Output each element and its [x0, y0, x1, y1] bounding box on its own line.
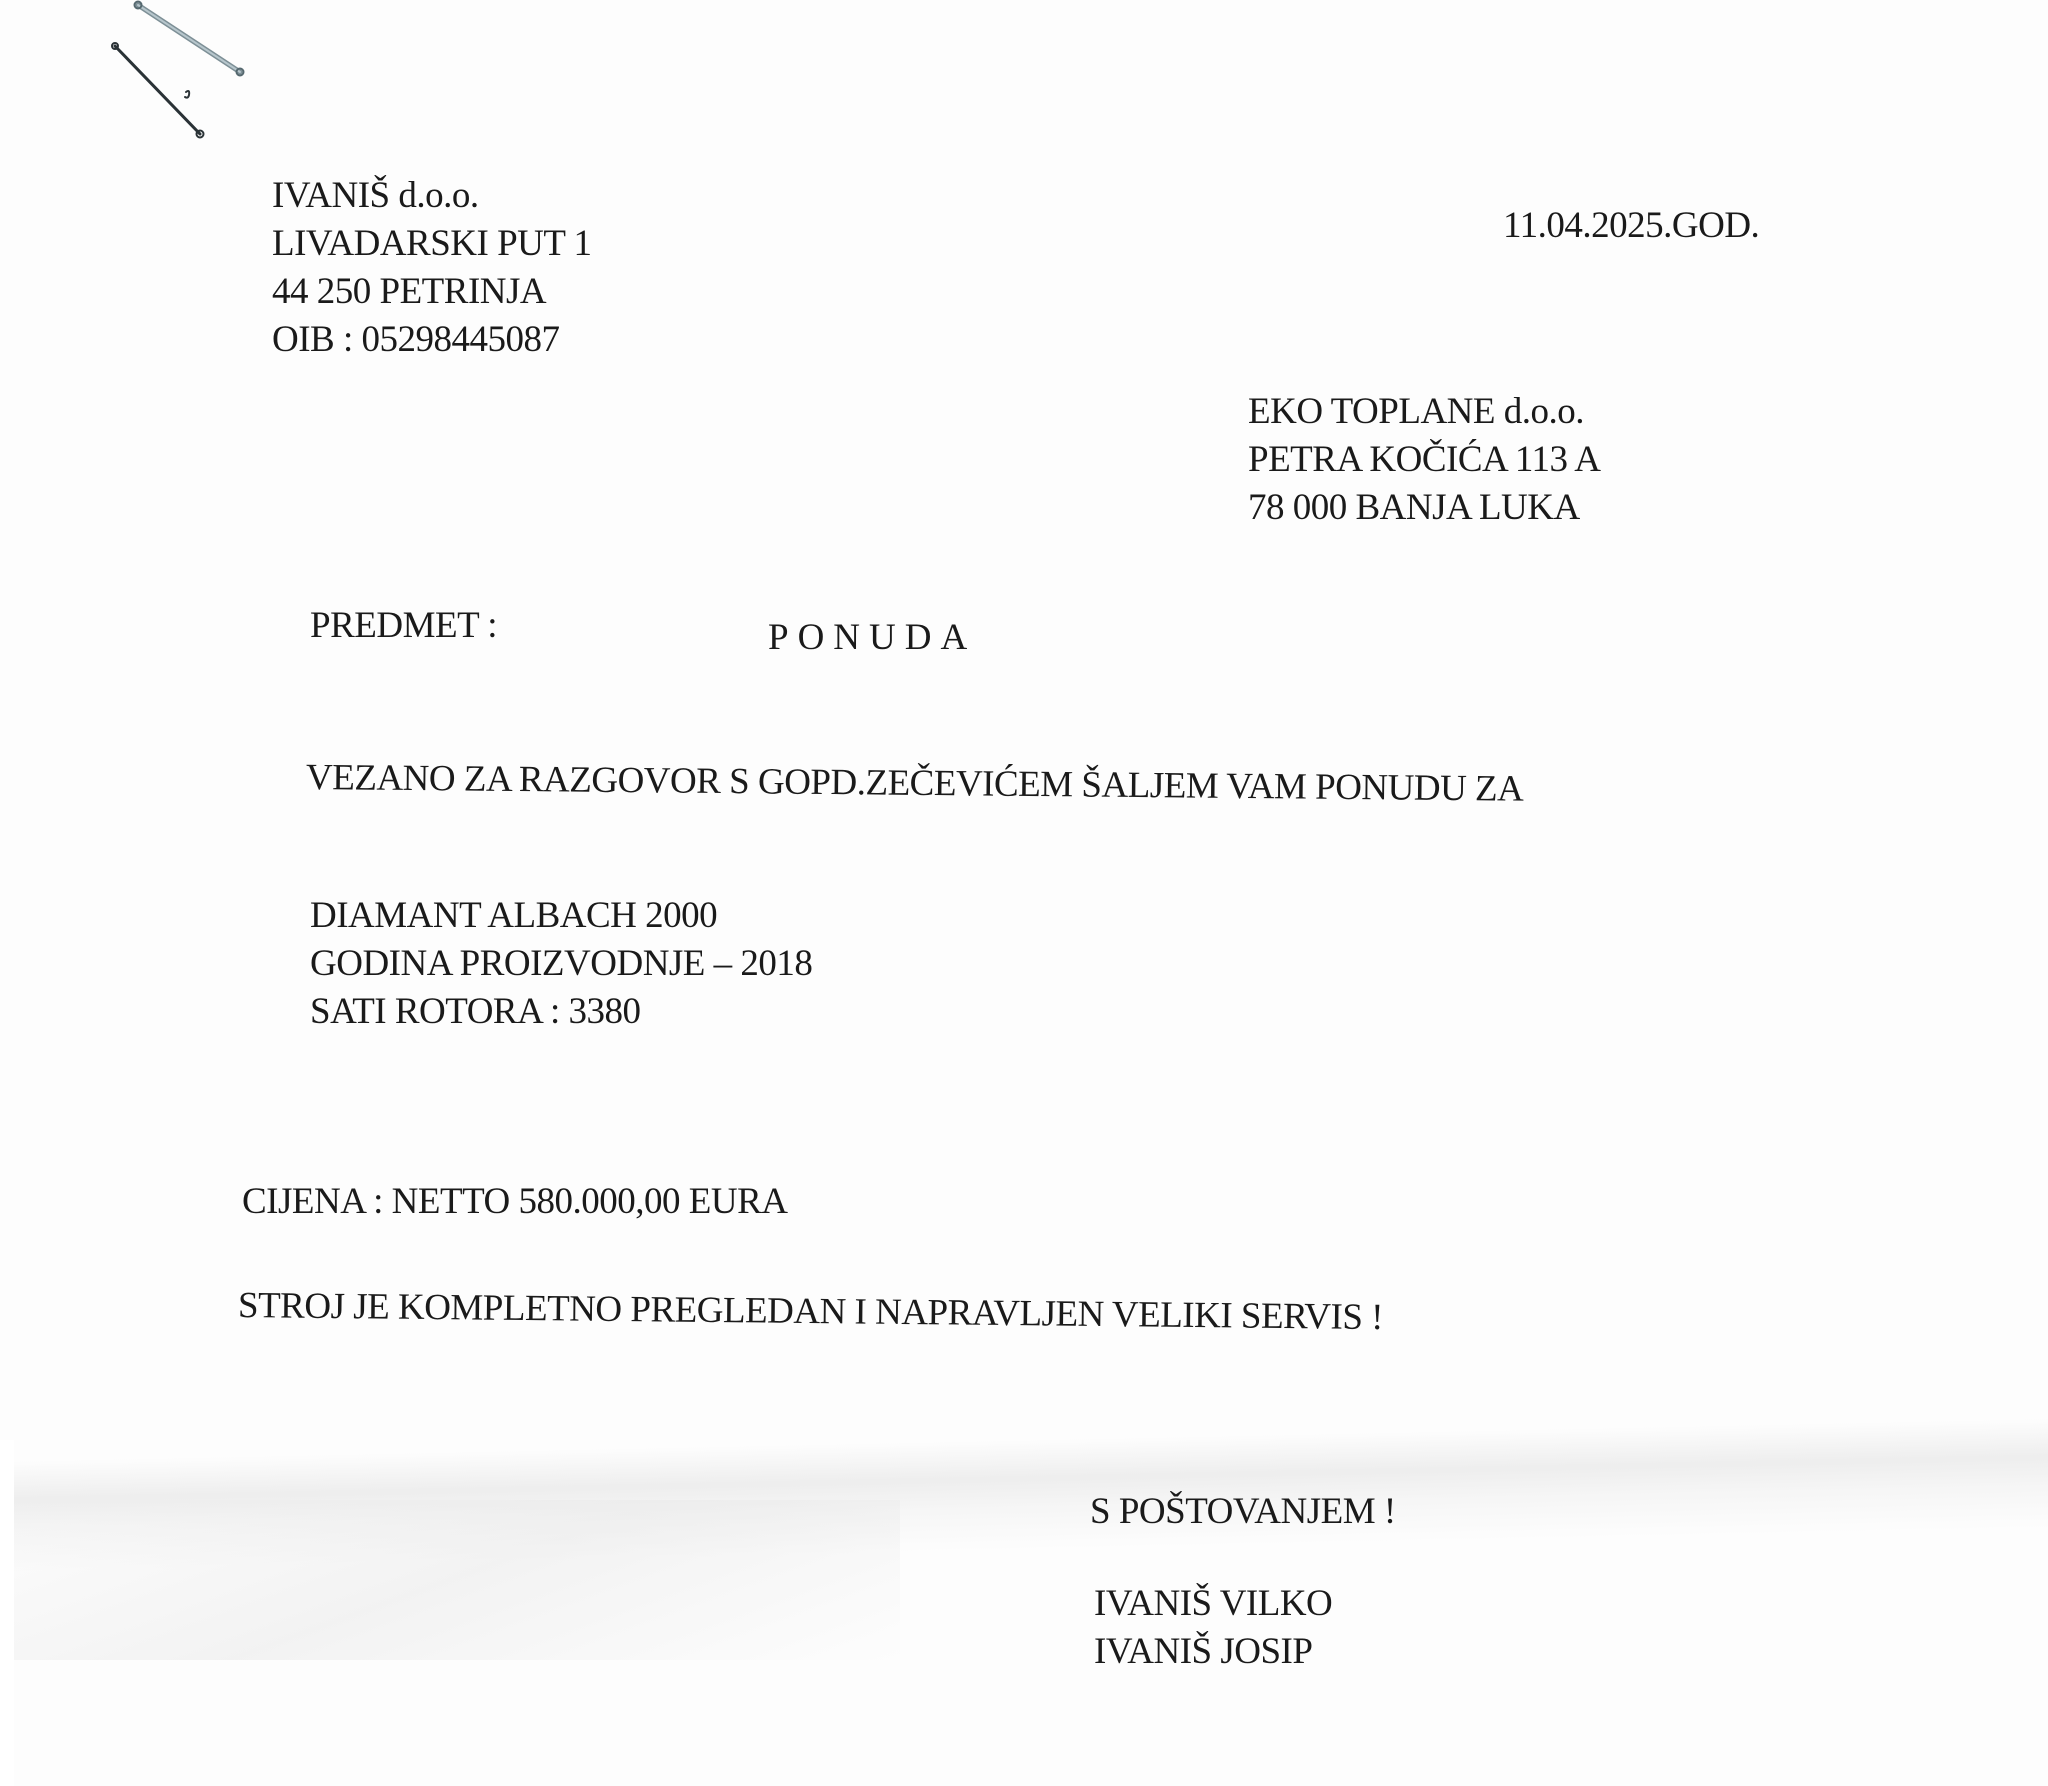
signature-name: IVANIŠ JOSIP — [1094, 1628, 1332, 1676]
service-note: STROJ JE KOMPLETNO PREGLEDAN I NAPRAVLJE… — [238, 1282, 1383, 1342]
document-date: 11.04.2025.GOD. — [1503, 202, 1759, 250]
sender-city: 44 250 PETRINJA — [272, 268, 592, 316]
sender-company: IVANIŠ d.o.o. — [272, 172, 592, 220]
recipient-street: PETRA KOČIĆA 113 A — [1248, 436, 1601, 484]
subject-label: PREDMET : — [310, 602, 497, 650]
sender-address: IVANIŠ d.o.o. LIVADARSKI PUT 1 44 250 PE… — [272, 172, 592, 364]
intro-paragraph: VEZANO ZA RAZGOVOR S GOPD.ZEČEVIĆEM ŠALJ… — [306, 754, 1524, 814]
signatures: IVANIŠ VILKO IVANIŠ JOSIP — [1094, 1580, 1332, 1676]
recipient-city: 78 000 BANJA LUKA — [1248, 484, 1601, 532]
recipient-address: EKO TOPLANE d.o.o. PETRA KOČIĆA 113 A 78… — [1248, 388, 1601, 532]
machine-year: GODINA PROIZVODNJE – 2018 — [310, 940, 812, 988]
recipient-company: EKO TOPLANE d.o.o. — [1248, 388, 1601, 436]
machine-details: DIAMANT ALBACH 2000 GODINA PROIZVODNJE –… — [310, 892, 812, 1036]
subject-title: PONUDA — [768, 614, 976, 662]
signature-name: IVANIŠ VILKO — [1094, 1580, 1332, 1628]
staple-marks-icon — [80, 0, 280, 160]
paper-fold-shadow — [0, 1500, 900, 1660]
sender-oib: OIB : 05298445087 — [272, 316, 592, 364]
price-line: CIJENA : NETTO 580.000,00 EURA — [242, 1178, 787, 1226]
machine-hours: SATI ROTORA : 3380 — [310, 988, 812, 1036]
document-page: IVANIŠ d.o.o. LIVADARSKI PUT 1 44 250 PE… — [0, 0, 2048, 1786]
closing-salutation: S POŠTOVANJEM ! — [1090, 1488, 1396, 1536]
paper-edge — [0, 1440, 14, 1786]
machine-model: DIAMANT ALBACH 2000 — [310, 892, 812, 940]
sender-street: LIVADARSKI PUT 1 — [272, 220, 592, 268]
